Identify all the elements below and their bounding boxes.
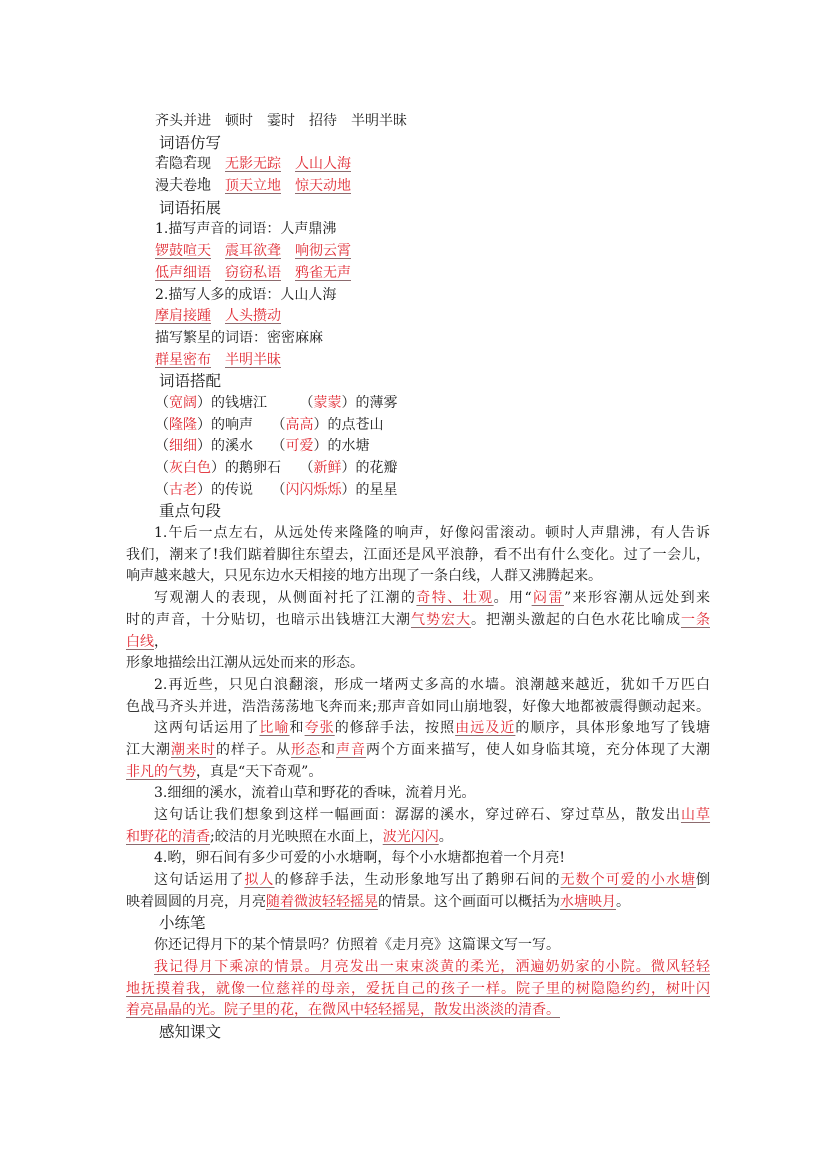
text: 的样子。从 xyxy=(216,742,291,758)
answer-text: 山草 xyxy=(681,807,710,823)
text: 和 xyxy=(290,720,305,736)
paragraph-line: 这两句话运用了比喻和夸张的修辞手法，按照由远及近的顺序，具体形象地写了钱塘 xyxy=(126,718,710,740)
answer-text: 和野花的清香 xyxy=(126,829,210,845)
word-list-line: （宽阔）的钱塘江 （蒙蒙）的薄雾 xyxy=(126,393,710,415)
text: ， xyxy=(154,634,168,650)
text: 这两句话运用了 xyxy=(154,720,259,736)
emphasis-dot-char: 天 xyxy=(169,176,183,198)
text: ）的薄雾 xyxy=(341,395,397,411)
section-heading: 词语仿写 xyxy=(126,133,710,155)
section-heading: 重点句段 xyxy=(126,501,710,523)
answer-text: 鸦雀无声 xyxy=(295,265,351,281)
answer-text: 低声细语 xyxy=(155,265,211,281)
answer-text: 半明半昧 xyxy=(225,352,281,368)
answer-text: 比喻 xyxy=(259,720,289,736)
text: 齐头并进 顿时 霎时 招待 半明半昧 xyxy=(155,113,407,129)
word-list-line: （细细）的溪水 （可爱）的水塘 xyxy=(126,436,710,458)
text: 时的声音，十分贴切，也暗示出钱塘江大潮 xyxy=(126,612,411,628)
emphasis-dot-char: 若 xyxy=(155,154,169,176)
text: 小练笔 xyxy=(159,914,206,932)
fill-in-answer: 灰白色 xyxy=(169,460,211,476)
word-list-line: 群星密布 半明半昧 xyxy=(126,350,710,372)
answer-text: 我记得月下乘凉的情景。月亮发出一束束淡黄的柔光，洒遍奶奶家的小院。微风轻轻 xyxy=(154,959,710,975)
word-list-line: 低声细语 窃窃私语 鸦雀无声 xyxy=(126,263,710,285)
paragraph-line: 江大潮潮来时的样子。从形态和声音两个方面来描写，使人如身临其境，充分体现了大潮 xyxy=(126,740,710,762)
word-list-line: （隆隆）的响声 （高高）的点苍山 xyxy=(126,415,710,437)
text: ）的鹅卵石 （ xyxy=(211,460,313,476)
text: ）的溪水 （ xyxy=(197,438,285,454)
paragraph-line: 地抚摸着我，就像一位慈祥的母亲，爱抚自己的孩子一样。院子里的树隐隐约约，树叶闪 xyxy=(126,979,710,1001)
text: 词语拓展 xyxy=(159,199,221,217)
fill-in-answer: 蒙蒙 xyxy=(313,395,341,411)
word-list-line: 2.描写人多的成语：人山人海 xyxy=(126,285,710,307)
text: 倒 xyxy=(696,872,710,888)
text xyxy=(211,352,225,368)
text: （ xyxy=(155,395,169,411)
text: 词语仿写 xyxy=(159,134,221,152)
paragraph-line: 2.再近些，只见白浪翻滚，形成一堵两丈多高的水墙。浪潮越来越近，犹如千万匹白 xyxy=(126,675,710,697)
paragraph-line: 响声越来越大，只见东边水天相接的地方出现了一条白线，人群又沸腾起来。 xyxy=(126,566,710,588)
text: 2.描写人多的成语：人山人海 xyxy=(155,287,336,303)
word-list-line: 若隐若现 无影无踪 人山人海 xyxy=(126,154,710,176)
answer-text: 锣鼓喧天 xyxy=(155,243,211,259)
paragraph-line: 非凡的气势，真是“天下奇观”。 xyxy=(126,762,710,784)
text: （ xyxy=(155,417,169,433)
text: 隐 xyxy=(169,156,183,172)
fill-in-answer: 隆隆 xyxy=(169,417,197,433)
text: 你还记得月下的某个情景吗？仿照着《走月亮》这篇课文写一写。 xyxy=(154,937,560,953)
word-list-line: 锣鼓喧天 震耳欲聋 响彻云霄 xyxy=(126,241,710,263)
emphasis-dot-char: 地 xyxy=(197,176,211,198)
section-heading: 感知课文 xyxy=(126,1022,710,1044)
paragraph-line: 我们，潮来了!我们踮着脚往东望去，江面还是风平浪静，看不出有什么变化。过了一会儿… xyxy=(126,545,710,567)
text: 色战马齐头并进，浩浩荡荡地飞奔而来;那声音如同山崩地裂，好像大地都被震得颤动起来… xyxy=(126,699,710,715)
answer-text: 响彻云霄 xyxy=(295,243,351,259)
fill-in-answer: 闪闪烁烁 xyxy=(285,482,341,498)
answer-text: 水塘映月 xyxy=(560,894,616,910)
paragraph-line: 白线， xyxy=(126,632,710,654)
text: 两个方面来描写，使人如身临其境，充分体现了大潮 xyxy=(366,742,710,758)
text: ）的点苍山 xyxy=(313,417,383,433)
answer-text: 闷雷 xyxy=(532,590,564,606)
answer-text: 随着微波轻轻摇晃 xyxy=(266,894,378,910)
word-list-line: 齐头并进 顿时 霎时 招待 半明半昧 xyxy=(126,111,710,133)
answer-text: 着亮晶晶的光。院子里的花，在微风中轻轻摇晃，散发出淡淡的清香。 xyxy=(126,1002,560,1018)
word-list-line: 摩肩接踵 人头攒动 xyxy=(126,306,710,328)
text: ）的星星 xyxy=(341,482,397,498)
paragraph-line: 写观潮人的表现，从侧面衬托了江潮的奇特、壮观。用“闷雷”来形容潮从远处到来 xyxy=(126,588,710,610)
answer-text: 气势宏大 xyxy=(411,612,471,628)
text: 重点句段 xyxy=(159,502,221,520)
text: ;皎洁的月光映照在水面上， xyxy=(210,829,383,845)
text: ）的响声 （ xyxy=(197,417,285,433)
text: 形象地描绘出江潮从远处而来的形态。 xyxy=(126,655,364,671)
section-heading: 词语搭配 xyxy=(126,371,710,393)
fill-in-answer: 古老 xyxy=(169,482,197,498)
text: 的顺序，具体形象地写了钱塘 xyxy=(515,720,710,736)
answer-text: 人头攒动 xyxy=(225,308,281,324)
paragraph-line: 3.细细的溪水，流着山草和野花的香味，流着月光。 xyxy=(126,783,710,805)
paragraph-line: 色战马齐头并进，浩浩荡荡地飞奔而来;那声音如同山崩地裂，好像大地都被震得颤动起来… xyxy=(126,697,710,719)
text: 描写繁星的词语：密密麻麻 xyxy=(155,330,323,346)
text: 和 xyxy=(321,742,336,758)
paragraph-line: 着亮晶晶的光。院子里的花，在微风中轻轻摇晃，散发出淡淡的清香。 xyxy=(126,1000,710,1022)
text: 的修辞手法，按照 xyxy=(335,720,455,736)
text xyxy=(281,156,295,172)
answer-text: 人山人海 xyxy=(295,156,351,172)
text xyxy=(281,265,295,281)
answer-text: 由远及近 xyxy=(455,720,515,736)
word-list-line: （古老）的传说 （闪闪烁烁）的星星 xyxy=(126,480,710,502)
answer-text: 白线 xyxy=(126,634,154,650)
text: 1.描写声音的词语：人声鼎沸 xyxy=(155,221,336,237)
emphasis-dot-char: 若 xyxy=(183,154,197,176)
text xyxy=(281,178,295,194)
text: 映着圆圆的月亮，月亮 xyxy=(126,894,266,910)
word-list-line: 漫天卷地 顶天立地 惊天动地 xyxy=(126,176,710,198)
text: 。用“ xyxy=(494,590,532,606)
paragraph-line: 和野花的清香;皎洁的月光映照在水面上，波光闪闪。 xyxy=(126,827,710,849)
fill-in-answer: 宽阔 xyxy=(169,395,197,411)
text: （ xyxy=(155,460,169,476)
text: 4.哟，卵石间有多少可爱的小水塘啊，每个小水塘都抱着一个月亮! xyxy=(154,850,565,866)
section-heading: 小练笔 xyxy=(126,913,710,935)
answer-text: 摩肩接踵 xyxy=(155,308,211,324)
text: ，真是“天下奇观”。 xyxy=(196,764,322,780)
answer-text: 顶天立地 xyxy=(225,178,281,194)
paragraph-line: 你还记得月下的某个情景吗？仿照着《走月亮》这篇课文写一写。 xyxy=(126,935,710,957)
text: 响声越来越大，只见东边水天相接的地方出现了一条白线，人群又沸腾起来。 xyxy=(126,568,602,584)
answer-text: 波光闪闪 xyxy=(383,829,439,845)
text xyxy=(211,178,225,194)
text: 词语搭配 xyxy=(159,372,221,390)
paragraph-line: 映着圆圆的月亮，月亮随着微波轻轻摇晃的情景。这个画面可以概括为水塘映月。 xyxy=(126,892,710,914)
text: 写观潮人的表现，从侧面衬托了江潮的 xyxy=(154,590,416,606)
paragraph-line: 时的声音，十分贴切，也暗示出钱塘江大潮气势宏大。把潮头激起的白色水花比喻成一条 xyxy=(126,610,710,632)
text xyxy=(281,243,295,259)
text: 感知课文 xyxy=(159,1023,221,1041)
text: 。把潮头激起的白色水花比喻成 xyxy=(471,612,681,628)
answer-text: 潮来时 xyxy=(171,742,216,758)
word-list-line: 1.描写声音的词语：人声鼎沸 xyxy=(126,219,710,241)
answer-text: 窃窃私语 xyxy=(225,265,281,281)
fill-in-answer: 细细 xyxy=(169,438,197,454)
answer-text: 地抚摸着我，就像一位慈祥的母亲，爱抚自己的孩子一样。院子里的树隐隐约约，树叶闪 xyxy=(126,981,710,997)
text xyxy=(211,265,225,281)
document-page: 齐头并进 顿时 霎时 招待 半明半昧词语仿写若隐若现 无影无踪 人山人海漫天卷地… xyxy=(126,111,710,1044)
text: 我们，潮来了!我们踮着脚往东望去，江面还是风平浪静，看不出有什么变化。过了一会儿… xyxy=(126,547,710,563)
text xyxy=(211,308,225,324)
text: 的情景。这个画面可以概括为 xyxy=(378,894,560,910)
text: （ xyxy=(155,438,169,454)
text: 卷 xyxy=(183,178,197,194)
text: 漫 xyxy=(155,178,169,194)
paragraph-line: 我记得月下乘凉的情景。月亮发出一束束淡黄的柔光，洒遍奶奶家的小院。微风轻轻 xyxy=(126,957,710,979)
text: 1.午后一点左右，从远处传来隆隆的响声，好像闷雷滚动。顿时人声鼎沸，有人告诉 xyxy=(154,525,710,541)
text: （ xyxy=(155,482,169,498)
answer-text: 无影无踪 xyxy=(225,156,281,172)
text: 这句话运用了 xyxy=(154,872,244,888)
answer-text: 夸张 xyxy=(305,720,335,736)
word-list-line: 描写繁星的词语：密密麻麻 xyxy=(126,328,710,350)
text: 2.再近些，只见白浪翻滚，形成一堵两丈多高的水墙。浪潮越来越近，犹如千万匹白 xyxy=(154,677,710,693)
word-list-line: （灰白色）的鹅卵石 （新鲜）的花瓣 xyxy=(126,458,710,480)
answer-text: 形态 xyxy=(291,742,321,758)
answer-text: 声音 xyxy=(336,742,366,758)
text: ）的钱塘江 （ xyxy=(197,395,313,411)
paragraph-line: 这句话让我们想象到这样一幅画面：潺潺的溪水，穿过碎石、穿过草丛，散发出山草 xyxy=(126,805,710,827)
text: 。 xyxy=(616,894,630,910)
answer-text: 非凡的气势 xyxy=(126,764,196,780)
section-heading: 词语拓展 xyxy=(126,198,710,220)
paragraph-line: 1.午后一点左右，从远处传来隆隆的响声，好像闷雷滚动。顿时人声鼎沸，有人告诉 xyxy=(126,523,710,545)
answer-text: 惊天动地 xyxy=(295,178,351,194)
text: 这句话让我们想象到这样一幅画面：潺潺的溪水，穿过碎石、穿过草丛，散发出 xyxy=(154,807,681,823)
text: 江大潮 xyxy=(126,742,171,758)
fill-in-answer: 可爱 xyxy=(285,438,313,454)
answer-text: 拟人 xyxy=(244,872,274,888)
text: ”来形容潮从远处到来 xyxy=(564,590,710,606)
text: 的修辞手法，生动形象地写出了鹅卵石间的 xyxy=(274,872,560,888)
answer-text: 一条 xyxy=(681,612,710,628)
answer-text: 震耳欲聋 xyxy=(225,243,281,259)
fill-in-answer: 新鲜 xyxy=(313,460,341,476)
paragraph-line: 这句话运用了拟人的修辞手法，生动形象地写出了鹅卵石间的无数个可爱的小水塘倒 xyxy=(126,870,710,892)
answer-text: 奇特、壮观 xyxy=(416,590,493,606)
paragraph-line: 形象地描绘出江潮从远处而来的形态。 xyxy=(126,653,710,675)
answer-text: 无数个可爱的小水塘 xyxy=(561,872,697,888)
text: 现 xyxy=(197,156,225,172)
text: ）的传说 （ xyxy=(197,482,285,498)
text: 3.细细的溪水，流着山草和野花的香味，流着月光。 xyxy=(154,785,475,801)
text: ）的水塘 xyxy=(313,438,369,454)
text: 。 xyxy=(439,829,453,845)
answer-text: 群星密布 xyxy=(155,352,211,368)
fill-in-answer: 高高 xyxy=(285,417,313,433)
paragraph-line: 4.哟，卵石间有多少可爱的小水塘啊，每个小水塘都抱着一个月亮! xyxy=(126,848,710,870)
text xyxy=(211,243,225,259)
text: ）的花瓣 xyxy=(341,460,397,476)
